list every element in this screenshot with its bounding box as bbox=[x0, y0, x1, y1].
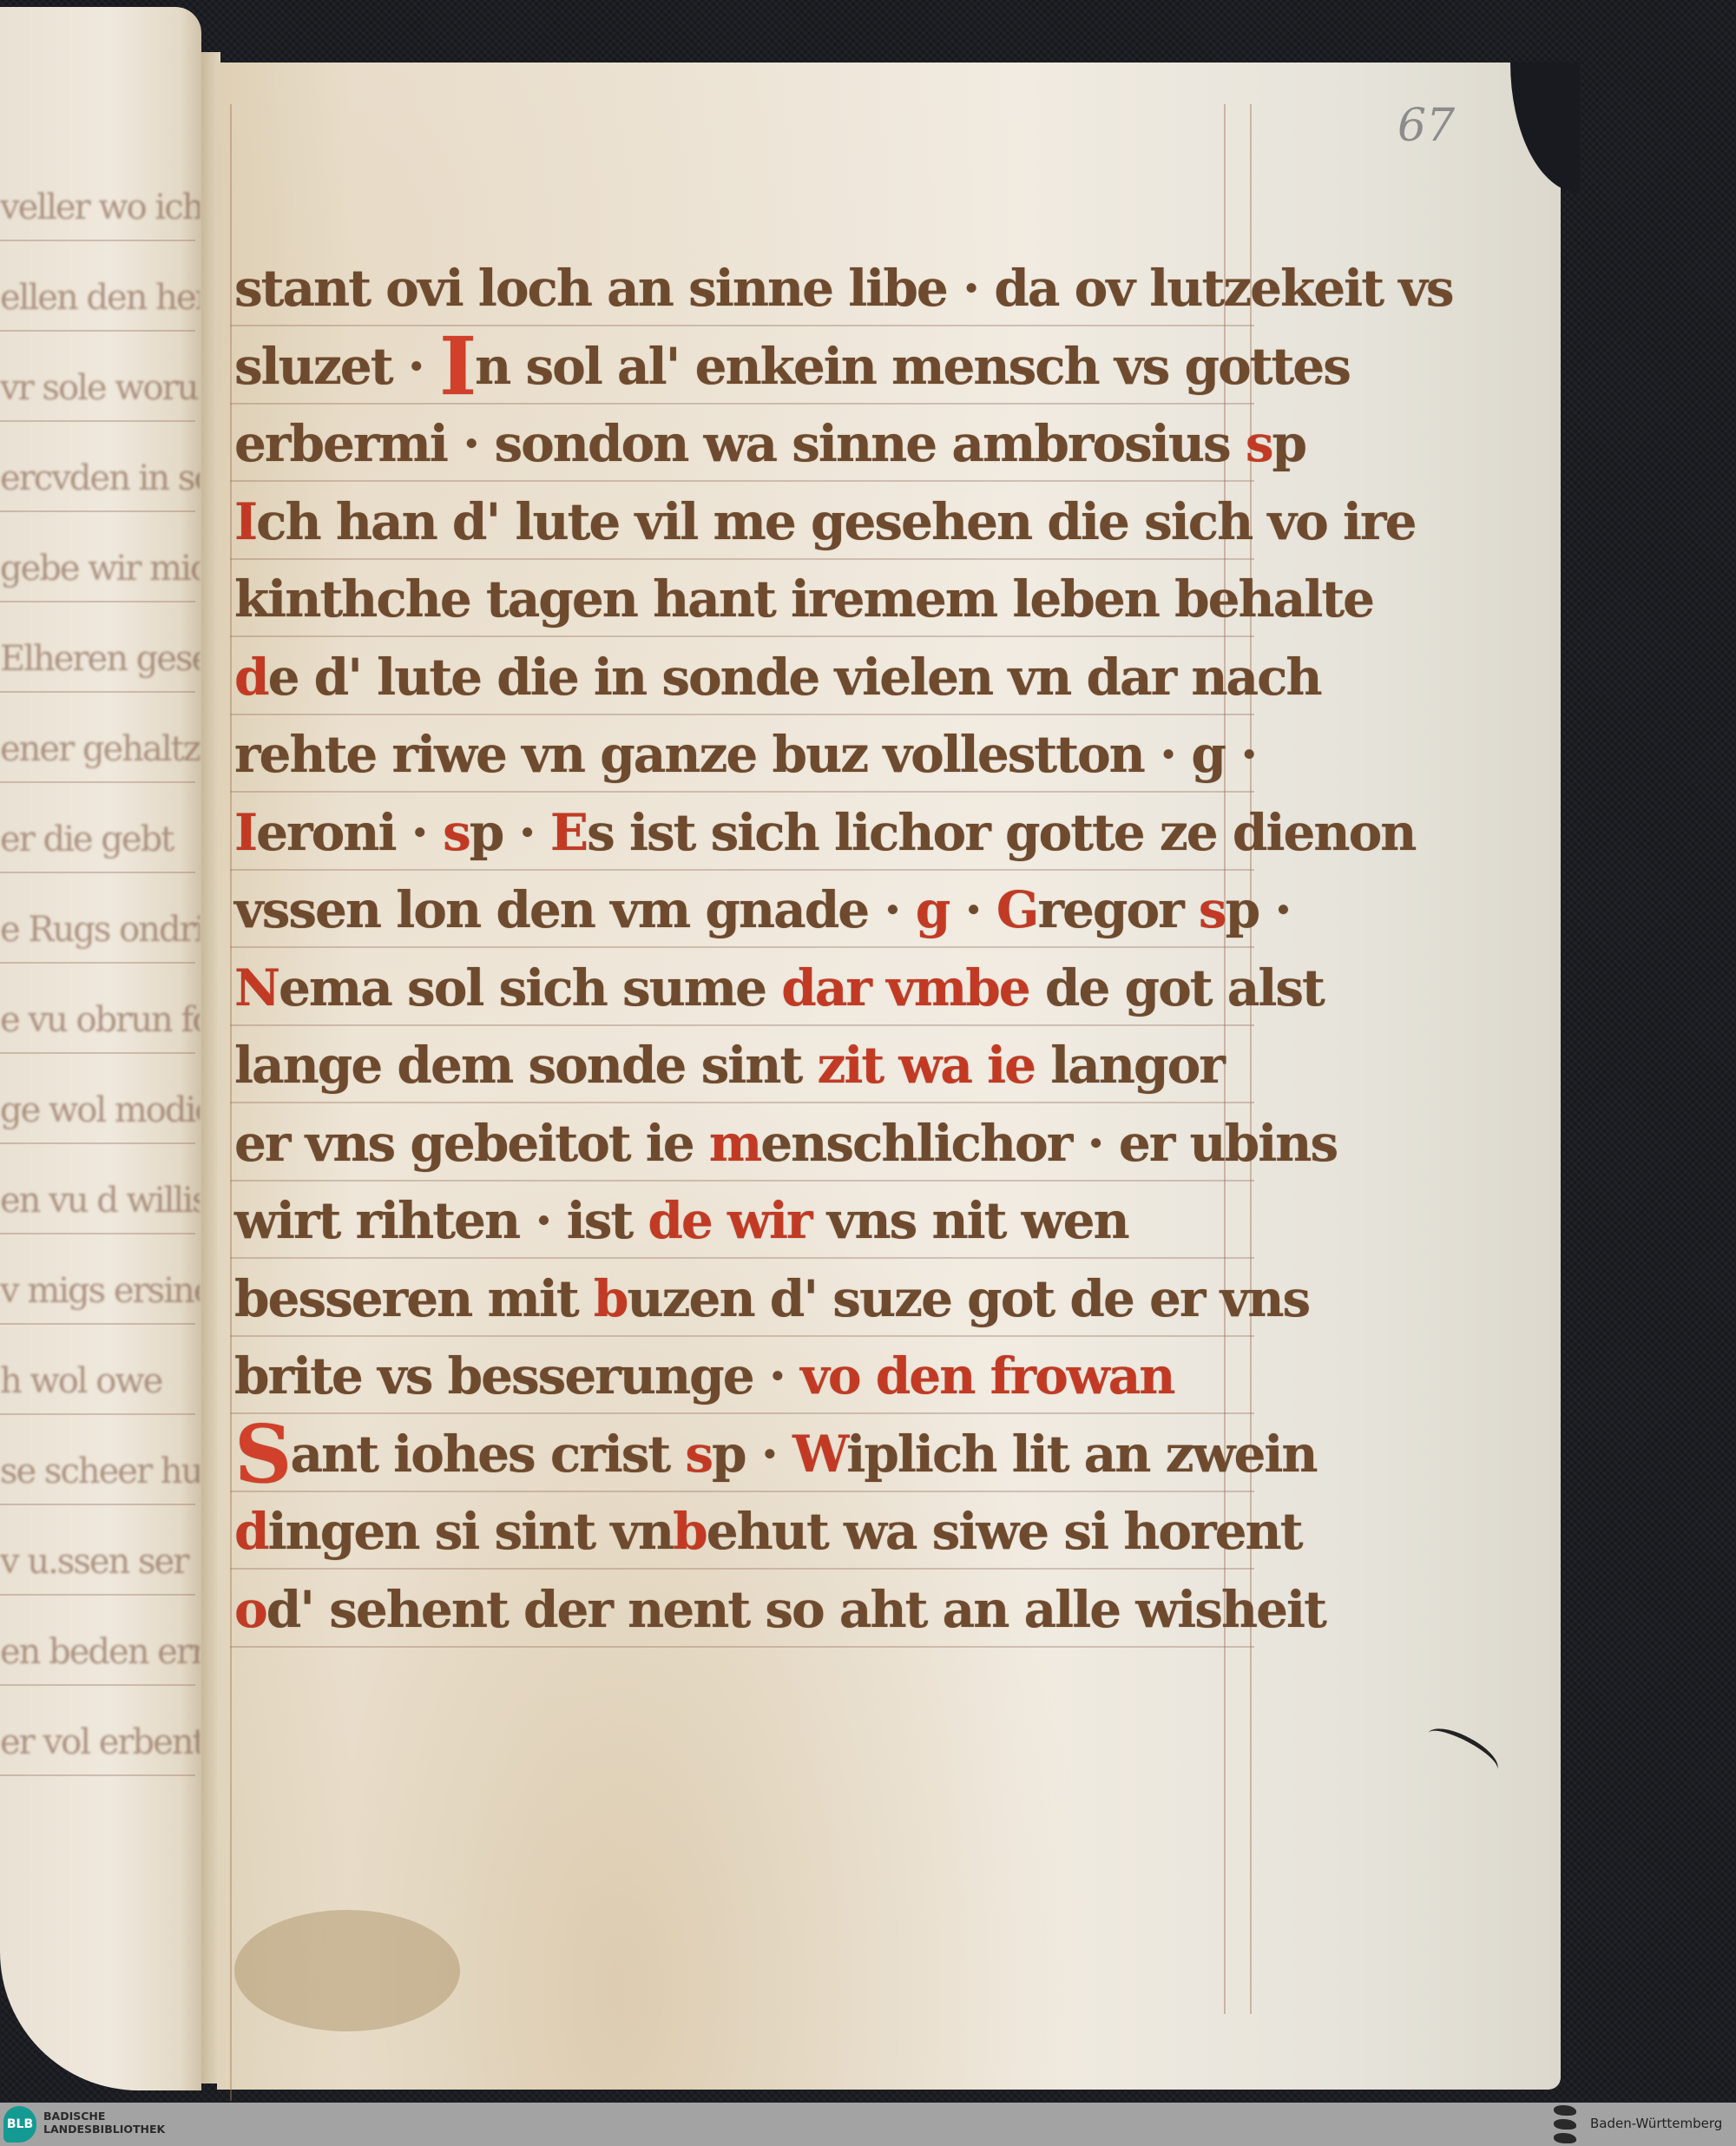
rubric-text: b bbox=[594, 1269, 628, 1328]
rubric-text: E bbox=[550, 803, 587, 862]
verso-text-line: en vu d willist bbox=[0, 1174, 200, 1228]
rubric-text: de wir bbox=[648, 1191, 811, 1250]
text-segment: uzen d' suze got de er vns bbox=[627, 1269, 1309, 1328]
ruling-line bbox=[230, 403, 1254, 405]
manuscript-line: Ich han d' lute vil me gesehen die sich … bbox=[234, 485, 1363, 563]
verso-text-line: veller wo ich ben go bbox=[0, 181, 200, 234]
ruling-line bbox=[230, 558, 1254, 560]
manuscript-line: de d' lute die in sonde vielen vn dar na… bbox=[234, 641, 1363, 719]
manuscript-line: od' sehent der nent so aht an alle wishe… bbox=[234, 1573, 1363, 1651]
ruling-line bbox=[230, 869, 1254, 871]
verso-text-line: ercvden in sol ab bbox=[0, 451, 200, 505]
verso-text-line: v u.ssen ser bbox=[0, 1535, 200, 1589]
text-segment: d' sehent der nent so aht an alle wishei… bbox=[266, 1580, 1325, 1639]
left-page-verso: veller wo ich ben goellen den heren yxpo… bbox=[0, 7, 201, 2090]
ruling-line bbox=[0, 1774, 195, 1776]
rubric-text: g bbox=[916, 880, 950, 939]
text-segment: vns nit wen bbox=[812, 1191, 1128, 1250]
ruling-line bbox=[0, 330, 195, 332]
text-segment: p bbox=[1272, 414, 1306, 473]
text-segment: vssen lon den vm gnade · bbox=[234, 880, 916, 939]
rubric-text: d bbox=[234, 1502, 268, 1561]
ruling-line bbox=[0, 1504, 195, 1505]
rubric-text: s bbox=[1199, 880, 1226, 939]
rubric-text: I bbox=[234, 803, 256, 862]
ruling-line bbox=[230, 1180, 1254, 1182]
text-segment: iplich lit an zwein bbox=[846, 1425, 1316, 1484]
ruling-line bbox=[0, 510, 195, 512]
folio-number: 67 bbox=[1397, 100, 1455, 152]
blb-line1: BADISCHE bbox=[43, 2110, 165, 2123]
ruling-line bbox=[0, 1594, 195, 1596]
rubric-text: dar vmbe bbox=[781, 958, 1029, 1017]
text-segment: ehut wa siwe si horent bbox=[707, 1502, 1302, 1561]
ruling-line bbox=[0, 601, 195, 602]
manuscript-line: besseren mit buzen d' suze got de er vns bbox=[234, 1262, 1363, 1340]
text-segment: wirt rihten · ist bbox=[234, 1191, 648, 1250]
text-segment: besseren mit bbox=[234, 1269, 594, 1328]
text-segment: p · bbox=[712, 1425, 792, 1484]
manuscript-line: Nema sol sich sume dar vmbe de got alst bbox=[234, 951, 1363, 1030]
ruling-line bbox=[230, 1257, 1254, 1259]
rubric-text: N bbox=[234, 958, 279, 1017]
verso-text-line: er vol erbent bbox=[0, 1715, 200, 1769]
text-segment: p · bbox=[1226, 880, 1291, 939]
ruling-line bbox=[230, 1412, 1254, 1414]
rubric-text: vo den frowan bbox=[800, 1346, 1174, 1405]
text-segment: ingen si sint vn bbox=[268, 1502, 674, 1561]
verso-text-line: ellen den heren yxpo bbox=[0, 271, 200, 325]
water-stain bbox=[234, 1910, 460, 2031]
ruling-line bbox=[230, 1335, 1254, 1337]
manuscript-line: lange dem sonde sint zit wa ie langor bbox=[234, 1029, 1363, 1107]
ruling-line bbox=[230, 946, 1254, 948]
text-segment: n sol al' enkein mensch vs gottes bbox=[475, 337, 1350, 396]
ruling-line bbox=[0, 872, 195, 873]
blb-line2: LANDESBIBLIOTHEK bbox=[43, 2123, 165, 2136]
ruling-line bbox=[230, 1491, 1254, 1492]
manuscript-line: wirt rihten · ist de wir vns nit wen bbox=[234, 1184, 1363, 1262]
text-segment: sluzet · bbox=[234, 337, 439, 396]
text-segment: p · bbox=[470, 803, 550, 862]
rubric-text: G bbox=[996, 880, 1038, 939]
rubric-text: zit wa ie bbox=[817, 1036, 1035, 1095]
rubric-text: o bbox=[234, 1580, 266, 1639]
ruling-line bbox=[230, 1568, 1254, 1570]
ruling-line bbox=[230, 1646, 1254, 1648]
text-segment: ant iohes crist bbox=[290, 1425, 685, 1484]
text-segment: enschlichor · er ubins bbox=[760, 1114, 1337, 1173]
rubric-text: d bbox=[234, 648, 268, 707]
ruling-line bbox=[230, 791, 1254, 793]
manuscript-line: kinthche tagen hant iremem leben behalte bbox=[234, 563, 1363, 641]
rubric-text: s bbox=[443, 803, 470, 862]
rubric-text: I bbox=[234, 492, 256, 551]
ruling-line bbox=[230, 635, 1254, 637]
text-segment: stant ovi loch an sinne libe · da ov lut… bbox=[234, 259, 1453, 318]
manuscript-text-block: stant ovi loch an sinne libe · da ov lut… bbox=[234, 252, 1363, 1650]
ruling-line bbox=[230, 480, 1254, 482]
rubric-text: s bbox=[685, 1425, 712, 1484]
text-segment: ch han d' lute vil me gesehen die sich v… bbox=[256, 492, 1415, 551]
ruling-line bbox=[230, 1102, 1254, 1103]
verso-text-line: v migs ersine bbox=[0, 1264, 200, 1318]
ruling-line bbox=[0, 420, 195, 422]
verso-text-line: se scheer hu bbox=[0, 1445, 200, 1498]
manuscript-line: Ieroni · sp · Es ist sich lichor gotte z… bbox=[234, 796, 1363, 874]
ruling-line bbox=[0, 1052, 195, 1054]
rubricated-initial: I bbox=[439, 319, 475, 413]
manuscript-line: rehte riwe vn ganze buz vollestton · g · bbox=[234, 718, 1363, 796]
ruling-line bbox=[0, 1323, 195, 1325]
text-segment: de got alst bbox=[1029, 958, 1324, 1017]
text-segment: eroni · bbox=[256, 803, 443, 862]
manuscript-line: brite vs besserunge · vo den frowan bbox=[234, 1340, 1363, 1418]
rubric-text: W bbox=[792, 1425, 846, 1484]
ruling-line bbox=[0, 781, 195, 783]
blb-logo-text[interactable]: BADISCHE LANDESBIBLIOTHEK bbox=[43, 2110, 165, 2136]
text-segment: rehte riwe vn ganze buz vollestton · g · bbox=[234, 725, 1256, 784]
text-segment: erbermi · sondon wa sinne ambrosius bbox=[234, 414, 1246, 473]
verso-text-line: e Rugs ondri bbox=[0, 903, 200, 957]
manuscript-line: dingen si sint vnbehut wa siwe si horent bbox=[234, 1495, 1363, 1573]
blb-logo-icon[interactable]: BLB bbox=[3, 2106, 36, 2143]
rubric-text: m bbox=[709, 1114, 760, 1173]
manuscript-line: erbermi · sondon wa sinne ambrosius sp bbox=[234, 407, 1363, 485]
text-segment: kinthche tagen hant iremem leben behalte bbox=[234, 569, 1373, 629]
rubricated-initial: S bbox=[234, 1407, 290, 1501]
verso-text-line: e vu obrun fonde bbox=[0, 993, 200, 1047]
verso-text-line: en beden ern bbox=[0, 1625, 200, 1679]
verso-text-line: ener gehaltz w bbox=[0, 722, 200, 776]
ruling-line bbox=[230, 714, 1254, 715]
text-segment: · bbox=[949, 880, 996, 939]
verso-text-line: Elheren gesetten bbox=[0, 632, 200, 686]
manuscript-line: er vns gebeitot ie menschlichor · er ubi… bbox=[234, 1107, 1363, 1185]
text-segment: langor bbox=[1035, 1036, 1224, 1095]
text-segment: e d' lute die in sonde vielen vn dar nac… bbox=[268, 648, 1321, 707]
text-segment: er vns gebeitot ie bbox=[234, 1114, 709, 1173]
ruling-line bbox=[0, 1413, 195, 1415]
ruling-line bbox=[0, 240, 195, 241]
rubric-text: s bbox=[1246, 414, 1272, 473]
rubric-text: b bbox=[673, 1502, 707, 1561]
ruling-line bbox=[0, 962, 195, 964]
ruling-line bbox=[0, 1233, 195, 1234]
ruling-line bbox=[0, 1684, 195, 1686]
verso-text-line: ge wol modien bbox=[0, 1083, 200, 1137]
manuscript-line: stant ovi loch an sinne libe · da ov lut… bbox=[234, 252, 1363, 330]
manuscript-line: sluzet · In sol al' enkein mensch vs got… bbox=[234, 330, 1363, 408]
text-segment: brite vs besserunge · bbox=[234, 1346, 800, 1405]
coat-of-arms-three-lions-icon bbox=[1554, 2105, 1576, 2143]
verso-text-line: er die gebt bbox=[0, 813, 200, 866]
ruling-line bbox=[230, 1024, 1254, 1026]
manuscript-line: vssen lon den vm gnade · g · Gregor sp · bbox=[234, 873, 1363, 951]
ruling-line bbox=[0, 691, 195, 693]
text-segment: lange dem sonde sint bbox=[234, 1036, 817, 1095]
ruling-line bbox=[0, 1142, 195, 1144]
verso-text-line: vr sole woru da von bbox=[0, 361, 200, 415]
verso-text-line: gebe wir mich bbox=[0, 542, 200, 596]
text-segment: regor bbox=[1037, 880, 1198, 939]
text-segment: s ist sich lichor gotte ze dienon bbox=[587, 803, 1415, 862]
ruling-line bbox=[230, 325, 1254, 326]
baden-wuerttemberg-label[interactable]: Baden-Württemberg bbox=[1590, 2116, 1722, 2131]
footer-bar: BLB BADISCHE LANDESBIBLIOTHEK Baden-Würt… bbox=[0, 2103, 1736, 2146]
manuscript-line: Sant iohes crist sp · Wiplich lit an zwe… bbox=[234, 1418, 1363, 1496]
verso-text-line: h wol owe bbox=[0, 1354, 200, 1408]
text-segment: ema sol sich sume bbox=[279, 958, 781, 1017]
